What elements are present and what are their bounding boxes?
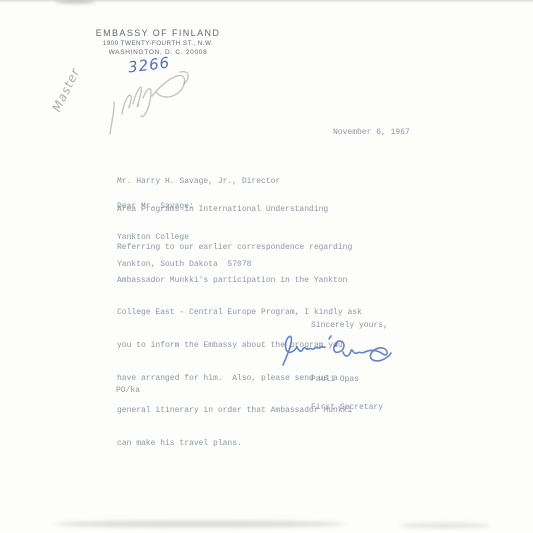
signature-ink [276,334,396,370]
embassy-name: EMBASSY OF FINLAND [90,27,226,39]
paper-bottom-shadow-left [55,521,345,527]
body-line: Referring to our earlier correspondence … [117,243,362,254]
scan-top-smudge [55,0,95,4]
letter-date: November 6, 1967 [333,128,410,137]
pencil-scrawl-copy [100,62,200,142]
paper-bottom-shadow-right [400,523,490,528]
scanned-letter: EMBASSY OF FINLAND 1900 TWENTY-FOURTH ST… [0,0,533,533]
recipient-line: Mr. Harry H. Savage, Jr., Director [117,177,328,186]
typed-signer-name: Pauli Opas [311,375,383,384]
signer-title: First Secretary [311,403,383,412]
body-line: can make his travel plans. [117,439,362,450]
typist-initials: PO/ka [116,386,140,395]
letterhead: EMBASSY OF FINLAND 1900 TWENTY-FOURTH ST… [90,27,226,57]
pencil-note-master: Master [49,66,82,114]
body-line: Ambassador Munkki's participation in the… [117,276,362,287]
body-line: College East - Central Europe Program, I… [117,308,362,319]
salutation: Dear Mr. Savage: [117,202,194,211]
closing: Sincerely yours, [311,321,388,330]
embassy-street: 1900 TWENTY-FOURTH ST., N.W. [90,39,226,48]
